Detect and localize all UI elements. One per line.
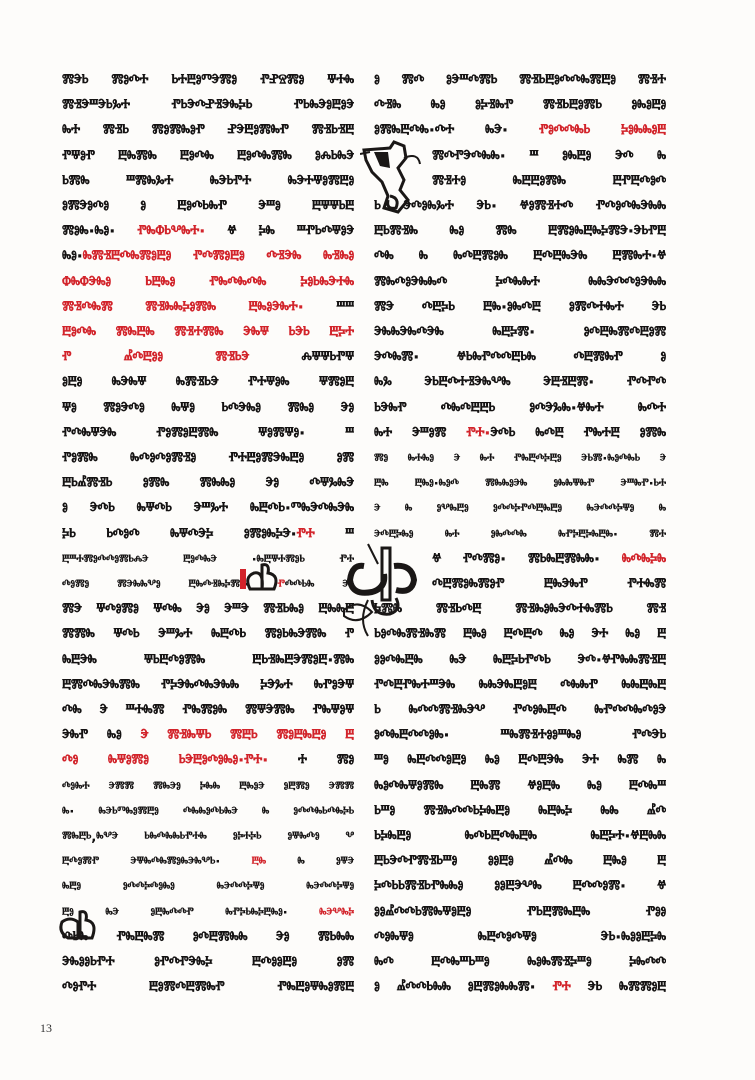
body-text: ⰱⰸ ⰱⰸⱁ·ⰸⱁⰴ ⰿⰸⰸⱁⰵⰸ ⱁⰸⰸⱋⰸⱂ ⰵⱎⰸⱂ·ⱃⰰ bbox=[374, 476, 666, 492]
text-line: ⰱⰿⰴⰸⰵⰸⰿⰸ ⱂⰽⰵⰸⰴⰸⰵⰸⰸ ⰽⰵⰳⰰ ⰸⱂⱁⰵⱋ bbox=[62, 675, 354, 697]
body-text: ⱃ ⰸⰴⰴⰿⱐⰸⰵⰲ ⱂⰴⱁⰸⰱⰴ ⰸⱂⰴⰴⰸⰴⱁⰵ bbox=[374, 701, 666, 721]
text-line: ⰿⰸⰴⱁⰵⰸⰸⰴ ⰽⰴⰸⰸⰰ ⰸⰸⰵⰴⰴⱁⰵⰸⰸ bbox=[374, 272, 666, 294]
body-text: ⰽⰴⱃⱃⰿⱐⱃⱂⰸⰸⱁ ⱁⱁⰱⰵⰲⰸ ⰱⰴⰴⱁⰿ· ⱍ bbox=[374, 877, 666, 897]
body-text: ⰴⰸ ⰵ ⱎⰰⰸⰿ ⱂⰸⰿⱁⰸ ⰿⱋⰵⰿⰸ ⱂⰸⱋⱁⱋ bbox=[62, 701, 354, 721]
body-text: ⰿⱁ ⰸⰰⰸⱁ ⰵ ⰸⰰ ⱂⰸⰱⰴⰽⰱⱁ ⰵⱃⰿ·ⰸⱁⰴⰸⱃ ⰵ bbox=[374, 451, 666, 467]
body-text: ⱃⱎⱁ ⰿⱐⰸⰴⰴⱃⰽⰸⰱⱁ ⰸⰱⰸⰽ ⰸⰸ ⰼⰴ bbox=[374, 802, 666, 822]
text-line: ⰸⱁ·ⰸⰿⱐⰱⰴⰸⰿⱁⰱⱁ ⱂⰴⰿⱁⰱⱁ ⰴⱐⰵⰸ ⰸⱐⰸⱁ bbox=[62, 246, 354, 268]
text-line: ⱎⱁ ⰸⰱⰴⰴⱁⰱⱁ ⰸⱁ ⰱⰴⰱⰵⰸ ⰵⰰ ⰸⰿ ⰸ bbox=[374, 750, 666, 772]
body-text: ⰴⱁⰸⰰ ⰵⰿⰿ ⰿⰸⰵⱁ ⰽⰸⰸ ⰱⰸⱁⰵ ⱁⰱⰿⱁ ⰵⰿⰿ bbox=[62, 779, 354, 795]
body-text: ⰾⱋⱋⱃⱂⱋ bbox=[249, 348, 354, 368]
text-line: ⱂⱁⰿⰸ ⰸⰴⱁⰴⱁⰿⱐⱁ ⱂⰰⰱⱁⰿⰵⰸⰱⱁ ⱁⰿ bbox=[62, 448, 354, 470]
body-text: ⰵⰸⱂ ⰸⱁ bbox=[62, 726, 140, 746]
text-line: ⰱⱎⰰⰿⱁⰴⰴⱁⰿⱃⰾⰵ ⰱⱁⰴⰸⰵ ·ⰸⰱⱋⰰⰿⱁⱃ ⱂⰰ bbox=[62, 549, 354, 571]
text-line: ⱂⰴⰱⱂⰸⰰⱎⰵⰸ ⰸⰸⰵⰸⰱⱁⰱ ⰴⰸⰸⱂ ⰸⰸⰱⰸⰱ bbox=[374, 675, 666, 697]
rubric-text: ⰵ ⰿⱐⰸⱋⱃ ⰿⰱⱃ ⰿⱁⰱⰸⰱⱁ ⰱ bbox=[140, 726, 354, 746]
body-text: ⰸ· ⰸⰵⱃⱅⰸⱁⰿⰱⱁ ⰴⰸⰸⱁⰴⱃⰸⰵ ⰸ ⱁⰴⰴⰸⱃⰴⰸⰽⱃ bbox=[62, 804, 354, 820]
body-text: ⰸⰱⰵⰸ ⱋⱃⰱⰴⱁⰿⰸ ⰱⱃⱐⰸⰱⰵⰿⱁⰱ·ⰿⰸ bbox=[62, 651, 354, 671]
text-line: ⱂⱋⱁⱂ ⰱⰸⰿⰸ ⰱⱁⰴⰸ ⰱⱁⰴⰸⰿⰸ ⱁⰾⱃⰸⰵ bbox=[62, 146, 354, 168]
text-line: ⰽⰴⱃⱃⰿⱐⱃⱂⰸⰸⱁ ⱁⱁⰱⰵⰲⰸ ⰱⰴⰴⱁⰿ· ⱍ bbox=[374, 876, 666, 898]
text-line: ⰴⱁⰸⰰ ⰵⰿⰿ ⰿⰸⰵⱁ ⰽⰸⰸ ⰱⰸⱁⰵ ⱁⰱⰿⱁ ⰵⰿⰿ bbox=[62, 776, 354, 798]
text-line: ⰸⱁⰴⰸⱋⱁⰿⰸ ⰱⰸⰿ ⱍⱁⰱⰸ ⰸⱁ ⰱⰴⰸⱎ bbox=[374, 776, 666, 798]
body-text: ⰸ ⱁⱋⰵ bbox=[297, 854, 354, 870]
text-line: ⱁⰱⱁ ⰸⰵⰸⱋ ⰸⰿⱐⱃⰵ ⱂⰰⱋⱁⰸ ⱋⰿⱁⰱ bbox=[62, 372, 354, 394]
text-line: ⱃⱎⱁ ⰿⱐⰸⰴⰴⱃⰽⰸⰱⱁ ⰸⰱⰸⰽ ⰸⰸ ⰼⰴ bbox=[374, 801, 666, 823]
text-line: ⱁ ⰵⰴⱃ ⰸⱋⰴⱃ ⰵⱎⰳⰰ ⰸⰱⰴⱃ·ⱅⰸⰵⰴⰸⰵⰸ bbox=[62, 498, 354, 520]
text-line: ⰱⱃⰿⱐⰸ ⰸⱁ ⰿⰸ ⰱⰿⱁⰸⰱⰸⰽⰿⰵ·ⰵⱃⱂⰱ bbox=[374, 221, 666, 243]
text-line: ⱃⰵⰸⱂ ⰴⰸⰴⰱⰱⱃ ⱁⰴⰵⰳⰸ·ⱍⰸⰰ ⰸⰴⰰ bbox=[374, 398, 666, 420]
text-line: ⰴⰱⰿⱁⰸⰿⱁⱂ ⰱⰸⰵⰸⱂ ⱂⰰⰸⰿ bbox=[432, 574, 666, 596]
body-text: ⰸⱁⰴⰸⱋⱁⰿⰸ ⰱⰸⰿ ⱍⱁⰱⰸ ⰸⱁ ⰱⰴⰸⱎ bbox=[374, 777, 666, 797]
body-text: ⰱⱃⰵⰴⱂⰿⱐⱃⱎⱁ ⱁⱁⰱⱁ ⰼⰴⰸ ⰱⰸⱁ ⰱ bbox=[374, 852, 666, 872]
body-text: ⰵⱃ ⰸⰿⰿⱁⰱ bbox=[588, 978, 666, 998]
text-line: ⱂ ⰼⰴⰱⱁⱁ ⰿⱐⱃⰵ ⰾⱋⱋⱃⱂⱋ bbox=[62, 347, 354, 369]
body-text: ⱍ ⱂⰴⰿⱁ· ⰿⱃⰸⰱⰿⰸⰸ· bbox=[432, 550, 600, 570]
body-text: ⱂⱋⱁⱂ ⰱⰸⰿⰸ ⰱⱁⰴⰸ ⰱⱁⰴⰸⰿⰸ ⱁⰾⱃⰸⰵ bbox=[62, 147, 354, 167]
text-line: ⰿⱐⰵⱎⰵⱃⰳⰰ ⱂⱃⰵⰴⱀⱐⰵⰸⰽⱃ ⱂⱃⰸⰵⱁⰱⱁⰵ bbox=[62, 95, 354, 117]
text-line: ⰴⰸ ⰸ ⰸⰴⰱⰿⱁⰸ ⰱⰴⰱⰸⰵⰸ ⰱⰿⰸⰰ·ⱍ bbox=[374, 246, 666, 268]
body-text: ⰿⰵ ⰴⰱⰽⱃ ⰱⰸ·ⱁⰸⰴⰱ ⱁⰿⰴⰰⰸⰰ ⰵⱃ bbox=[374, 298, 666, 318]
text-line: ⰴⰸ ⰵ ⱎⰰⰸⰿ ⱂⰸⰿⱁⰸ ⰿⱋⰵⰿⰸ ⱂⰸⱋⱁⱋ bbox=[62, 700, 354, 722]
body-text: ⰸⰱⱁ ⱁⰴⰴⰽⰴⱁⰸⱁ ⰸⰵⰴⰴⰽⱋⱁ ⰸⰵⰴⰴⰽⱋⱁ bbox=[62, 879, 354, 895]
rubric-text: ⱂⰸⱇⱃⰲⰸⰰ· bbox=[137, 222, 205, 242]
body-text: ⰵⰸⱁⱁⱃⱂⰰ ⱁⱂⰴⱂⰵⰸⰽ ⰱⰴⱁⱁⰱⱁ ⱁⰿ bbox=[62, 953, 354, 973]
rubric-text: ⱂⰰ bbox=[296, 525, 314, 545]
text-line: ⰴⱁⰸⱋⱁ ⰸⰱⰴⱁⰴⱋⱁ ⰵⱃ·ⰸⱁⱁⰱⰽⰸ bbox=[374, 927, 666, 949]
body-text: ⱎⱎ bbox=[304, 298, 354, 318]
body-text: ⰴⱐⰸ ⰸⱁ ⱁⰽⱐⰸⱂ ⰿⱐⱃⰱⱁⰿⱃ ⱁⰸⱁⰱⱁ bbox=[374, 96, 666, 116]
text-line: ⰱⱃⰼⰿⱐⱃ ⱁⰿⰸ ⰿⰸⰸⱁ ⰵⱁ ⰴⱋⰳⰸⰵ bbox=[62, 473, 354, 495]
body-text: ⱃⰵⰸⱂ ⰴⰸⰴⰱⰱⱃ ⱁⰴⰵⰳⰸ·ⱍⰸⰰ ⰸⰴⰰ bbox=[374, 399, 666, 419]
body-text: ⰸⰴ ⰱⰴⰸⱎⱃⱎⱁ ⰸⱁⰸⰿⱐⰽⱎⱁ ⰽⰸⰴⰴ bbox=[374, 953, 666, 973]
body-text: ⰿⰸⰴⱁⰵⰸⰸⰴ ⰽⰴⰸⰸⰰ ⰸⰸⰵⰴⰴⱁⰵⰸⰸ bbox=[374, 273, 666, 293]
body-text: ⰵⰴⱃ ⰸⰴⰱ ⱂⰸⰰⰱ ⱁⰿⰸ bbox=[490, 424, 666, 444]
text-line: ⰱⰸ ⰱⰸⱁ·ⰸⱁⰴ ⰿⰸⰸⱁⰵⰸ ⱁⰸⰸⱋⰸⱂ ⰵⱎⰸⱂ·ⱃⰰ bbox=[374, 473, 666, 495]
text-line: ⰴⱁⰿⱁ ⰿⰵⰸⰸⰲⱁ ⰱⰸⰴⱐⰸⰽⰿⱁ· ⱂⰴⰴⱃⰸ ⰵⱃ bbox=[62, 574, 354, 596]
text-line: ⰵⰸⱂ ⰸⱁ ⰵ ⰿⱐⰸⱋⱃ ⰿⰱⱃ ⰿⱁⰱⰸⰱⱁ ⰱ bbox=[62, 725, 354, 747]
text-line: ⱋⱁ ⰿⱁⰵⰴⱁ ⰸⱋⱁ ⱃⰴⰵⰸⱁ ⰿⰸⱁ ⰵⱁ bbox=[62, 398, 354, 420]
rubric-text: ⰸⰿⱐⰱⰴⰸⰿⱁⰱⱁ ⱂⰴⰿⱁⰱⱁ ⰴⱐⰵⰸ ⰸⱐⰸⱁ bbox=[83, 247, 354, 267]
text-line: ⰿⰵ ⰴⰱⰽⱃ ⰱⰸ·ⱁⰸⰴⰱ ⱁⰿⰴⰰⰸⰰ ⰵⱃ bbox=[374, 297, 666, 319]
body-text: ⰸⱁ· bbox=[62, 247, 83, 267]
body-text: ⰿⱁⰸ·ⰸⱁ· bbox=[62, 222, 137, 242]
text-line: ⱃ ⰸⰴⰴⰿⱐⰸⰵⰲ ⱂⰴⱁⰸⰱⰴ ⰸⱂⰴⰴⰸⰴⱁⰵ bbox=[374, 700, 666, 722]
text-line: ⰸⰰ ⰵⱎⱁⰿ ⱂⰰ·ⰵⰴⱃ ⰸⰴⰱ ⱂⰸⰰⰱ ⱁⰿⰸ bbox=[374, 423, 666, 445]
body-text: ⰿⰵⱃ ⰿⱁⰴⰰ ⱃⰰⰱⱁⱅⰵⰿⱁ ⱂⱀⱄⰿⱁ ⱋⰰⰸ bbox=[62, 71, 354, 91]
body-text: ⱃⰽⰸⰱⱁ ⰸⰴⱃⰱⰴⰸⰱⰸ ⰸⰱⰽⰰ·ⱍⰱⰸⰸ bbox=[374, 827, 666, 847]
text-line: ⰿⱐⰴⰸⰿ ⰿⱐⰸⰸⰽⱁⰿⰸ ⰱⰸⱁⰵⰸⰰ· ⱎⱎ bbox=[62, 297, 354, 319]
text-line: ⱍ ⱂⰴⰿⱁ· ⰿⱃⰸⰱⰿⰸⰸ· ⰸⰴⰸⰽⰸ bbox=[432, 549, 666, 571]
rubric-text: ⱇⰸⱇⰵⰸⱁ ⱃⰱⰸⱁ ⱂⰸⰴⰸⰴⰸ ⰽⱁⱃⰸⰵⰰⰸ bbox=[62, 273, 354, 293]
text-line: ⰴⱁ ⰸⱋⱁⰿⱁ ⱃⰵⰱⱁⰴⱁⰸⱁ·ⱂⰰ· ⰰ ⰿⱁ bbox=[62, 750, 354, 772]
text-line: ⰴⱁⱂⰰ ⰱⱁⰿⰴⰱⰿⰸⱂ ⱂⰸⰱⱁⱋⰸⱁⰿⰱ bbox=[62, 977, 354, 999]
text-line: ⰸ· ⰸⰵⱃⱅⰸⱁⰿⰱⱁ ⰴⰸⰸⱁⰴⱃⰸⰵ ⰸ ⱁⰴⰴⰸⱃⰴⰸⰽⱃ bbox=[62, 801, 354, 823]
body-text: ⰱⰴⱁⰿⱂ ⰵⱋⰸⰴⰸⰿⱁⰸⰵⰸⰲⱃ· bbox=[62, 854, 220, 870]
text-line: ⰸⰳ ⰵⱃⰱⰴⰰⱐⰵⰸⰲⰸ ⰵⰱⱐⰱⰿ· ⱂⰴⱂⰴ bbox=[374, 372, 666, 394]
body-text: ⱁⰱⱁ ⰸⰵⰸⱋ ⰸⰿⱐⱃⰵ ⱂⰰⱋⱁⰸ ⱋⰿⱁⰱ bbox=[62, 373, 354, 393]
body-text: ⰴⱁⰸⱋⱁ ⰸⰱⰴⱁⰴⱋⱁ ⰵⱃ·ⰸⱁⱁⰱⰽⰸ bbox=[374, 928, 666, 948]
text-line: ⰿⱐⰰⱁ ⰸⰱⰱⱁⰿⰸ ⰱⱂⰱⰴⱁⰴ bbox=[432, 171, 666, 193]
body-text: ⱂⰴⰱⱂⰸⰰⱎⰵⰸ ⰸⰸⰵⰸⰱⱁⰱ ⰴⰸⰸⱂ ⰸⰸⰱⰸⰱ bbox=[374, 676, 666, 696]
rubric-text: ⰱⰸ bbox=[220, 854, 297, 870]
body-text: ⰿⱐⰰⱁ ⰸⰱⰱⱁⰿⰸ ⰱⱂⰱⰴⱁⰴ bbox=[432, 172, 666, 192]
decorated-initial-top-right-icon bbox=[360, 138, 432, 216]
body-text: ⰵⰴⰸⰿ· ⱍⱃⰸⱂⰴⰴⰱⱃⰸ ⰴⰱⰿⰸⱂ ⱁ bbox=[374, 348, 666, 368]
text-line: ⰿⰵ ⱋⰴⱁⰿⱁ ⱋⰴⰸ ⰵⱁ ⰵⱎⰵ ⰿⱐⱃⰸⱁ ⰱⰸⰸⰱ bbox=[62, 599, 354, 621]
rubric-text: ⱂⱁⰴⰴⰸⱃ ⰽⱁⰸⰸⱁⰱ bbox=[508, 121, 666, 141]
body-text: ⱁⱁⰼⰴⰴⱃⰿⰸⱋⱁⰱⱁ ⱂⱃⰱⰿⰸⰱⰸ ⱂⱁⱁ bbox=[374, 903, 666, 923]
body-text: ⰽⱃ ⱃⰴⱁⰴ ⰸⱋⰴⰵⰽ ⱁⰿⱁⰸⰽⰵ· bbox=[62, 525, 296, 545]
rubric-text: ⰸⰴⰸⰽⰸ bbox=[600, 550, 666, 570]
decorated-initial-mid-right-icon bbox=[338, 540, 428, 640]
body-text: ⰵ ⰸ ⱁⰲⰸⰱⱁ ⱁⰴⰴⰽⱂⰴⰱⰸⰱⱁ ⰸⰵⰴⰴⰽⱋⱁ ⰸ bbox=[374, 501, 666, 517]
body-text: ⰿⰵ ⱋⰴⱁⰿⱁ ⱋⰴⰸ ⰵⱁ ⰵⱎⰵ ⰿⱐⱃⰸⱁ ⰱⰸⰸⰱ bbox=[62, 600, 354, 620]
text-line: ⱁⱁⰼⰴⰴⱃⰿⰸⱋⱁⰱⱁ ⱂⱃⰱⰿⰸⰱⰸ ⱂⱁⱁ bbox=[374, 902, 666, 924]
text-line: ⱁ ⰼⰴⰴⱃⰸⰸ ⱁⰱⰿⱁⰸⰸⰿ· ⱂⰰ ⰵⱃ ⰸⰿⰿⱁⰱ bbox=[374, 977, 666, 999]
text-line: ⰸⰴ ⰱⰴⰸⱎⱃⱎⱁ ⰸⱁⰸⰿⱐⰽⱎⱁ ⰽⰸⰴⰴ bbox=[374, 952, 666, 974]
body-text: ⰴⱃⰸ ⱂⰸⰱⰸⰿ ⱁⰴⰱⰿⰸⰸ ⰵⱁ ⰿⱃⰸⰸ bbox=[62, 928, 354, 948]
body-text: ⰱⰿⰴⰸⰵⰸⰿⰸ ⱂⰽⰵⰸⰴⰸⰵⰸⰸ ⰽⰵⰳⰰ ⰸⱂⱁⰵⱋ bbox=[62, 676, 354, 696]
text-line: ⰽⱃ ⱃⰴⱁⰴ ⰸⱋⰴⰵⰽ ⱁⰿⱁⰸⰽⰵ·ⱂⰰ ⱎ bbox=[62, 524, 354, 546]
body-text: ⱁ ⰿⰴ ⱁⰵⱎⰴⰿⱃ ⰿⱐⱃⰱⱁⰴⰴⰸⰿⰱⱁ ⰿⱐⰰ bbox=[374, 71, 666, 91]
body-text: ⰵⰸⰸⰵⰸⰴⰵⰸ ⰸⰱⰽⰿ· ⱁⰴⰱⰸⰿⰴⰱⱁⰿ bbox=[374, 323, 666, 343]
rubric-text: ⰸⰵⰲⰸⰽ bbox=[288, 905, 354, 921]
text-line: ⰿⰵⱃ ⰿⱁⰴⰰ ⱃⰰⰱⱁⱅⰵⰿⱁ ⱂⱀⱄⰿⱁ ⱋⰰⰸ bbox=[62, 70, 354, 92]
text-line: ⱂⰴⰸⱋⰵⰸ ⱂⱁⰿⱁⰱⰿⰸ ⱋⱁⰿⱋⱁ· ⱎ bbox=[62, 423, 354, 445]
rubric-text: ⰱⱁⰴⰸ ⰿⰸⰱⰸ ⰿⱐⰰⰿⰸ ⰵⰸⱋ ⱃⰵⱃ ⰱⰽⰰ bbox=[62, 323, 354, 343]
text-line: ⱃⰿⰸ ⱎⰿⰸⰳⰰ ⰸⰵⱃⱂⰰ ⰸⰵⰰⱋⱁⰿⰱⱁ bbox=[62, 171, 354, 193]
text-line: ⱁⰴⰸⰱⰴⰴⱁⰸ· ⱎⰸⰿⱐⰰⱁⱁⱎⰸⱁ ⱂⰴⰵⱃ bbox=[374, 725, 666, 747]
body-text: ⱁⰿⰵⱁⰴⱁ ⱁ ⰱⱁⰴⱃⰸⱂ ⰵⱎⱁ ⰱⱋⱋⱃⰱ bbox=[62, 197, 354, 217]
body-text: ⰱⱃⰿⱐⰸ ⰸⱁ ⰿⰸ ⰱⰿⱁⰸⰱⰸⰽⰿⰵ·ⰵⱃⱂⰱ bbox=[374, 222, 666, 242]
text-line: ⰱⱃⰵⰴⱂⰿⱐⱃⱎⱁ ⱁⱁⰱⱁ ⰼⰴⰸ ⰱⰸⱁ ⰱ bbox=[374, 851, 666, 873]
body-text: ⱁ ⰵⰴⱃ ⰸⱋⰴⱃ ⰵⱎⰳⰰ ⰸⰱⰴⱃ·ⱅⰸⰵⰴⰸⰵⰸ bbox=[62, 499, 354, 519]
body-text: ⱂⱁⰿⰸ ⰸⰴⱁⰴⱁⰿⱐⱁ ⱂⰰⰱⱁⰿⰵⰸⰱⱁ ⱁⰿ bbox=[62, 449, 354, 469]
body-text: ⰴⱁⰿⱁ ⰿⰵⰸⰸⰲⱁ ⰱⰸⰴⱐⰸⰽⰿⱁ· bbox=[62, 577, 249, 593]
text-line: ⰸⰰ ⰿⱐⱃ ⰿⱁⰿⰸⱁⱂ ⱀⰵⰱⱁⰿⰸⱂ ⰿⱐⱃⱐⰱ bbox=[62, 120, 354, 142]
body-text: ⱂⰴⰸⱋⰵⰸ ⱂⱁⰿⱁⰱⰿⰸ ⱋⱁⰿⱋⱁ· ⱎ bbox=[62, 424, 354, 444]
text-line: ⰵⰸⰸⰵⰸⰴⰵⰸ ⰸⰱⰽⰿ· ⱁⰴⰱⰸⰿⰴⰱⱁⰿ bbox=[374, 322, 666, 344]
body-text: ⱁⰴⰸⰱⰴⰴⱁⰸ· ⱎⰸⰿⱐⰰⱁⱁⱎⰸⱁ ⱂⰴⰵⱃ bbox=[374, 726, 666, 746]
text-line: ⱁⱁⰴⰸⰱⰸ ⰸⰵ ⰸⰱⰽⱃⱂⰴⱃ ⰵⰴ·ⱍⱂⰸⰸⰿⱐⰱ bbox=[374, 650, 666, 672]
body-text: ⰱⱎⰰⰿⱁⰴⰴⱁⰿⱃⰾⰵ ⰱⱁⰴⰸⰵ ·ⰸⰱⱋⰰⰿⱁⱃ ⱂⰰ bbox=[62, 552, 354, 568]
text-line: ⰿⰴⱂⰵⰴⰸⰸ· ⱎ ⱁⰸⰱⱁ ⰵⰴ ⰸ bbox=[432, 146, 666, 168]
body-text: ⱋⱁ ⰿⱁⰵⰴⱁ ⰸⱋⱁ ⱃⰴⰵⰸⱁ ⰿⰸⱁ ⰵⱁ bbox=[62, 399, 354, 419]
body-text: ⱁ ⰼⰴⰴⱃⰸⰸ ⱁⰱⰿⱁⰸⰸⰿ· bbox=[374, 978, 535, 998]
text-line: ⱁ ⰿⰴ ⱁⰵⱎⰴⰿⱃ ⰿⱐⱃⰱⱁⰴⰴⰸⰿⰱⱁ ⰿⱐⰰ bbox=[374, 70, 666, 92]
body-text: ⰸⰰ ⰵⱎⱁⰿ bbox=[374, 424, 466, 444]
body-text: ⰴⰱⰿⱁⰸⰿⱁⱂ ⰱⰸⰵⰸⱂ ⱂⰰⰸⰿ bbox=[432, 575, 666, 595]
text-line: ⱇⰸⱇⰵⰸⱁ ⱃⰱⰸⱁ ⱂⰸⰴⰸⰴⰸ ⰽⱁⱃⰸⰵⰰⰸ bbox=[62, 272, 354, 294]
body-text: ⱃⰿⰸ ⱎⰿⰸⰳⰰ ⰸⰵⱃⱂⰰ ⰸⰵⰰⱋⱁⰿⰱⱁ bbox=[62, 172, 354, 192]
body-text: ⱎⱁ ⰸⰱⰴⰴⱁⰱⱁ ⰸⱁ ⰱⰴⰱⰵⰸ ⰵⰰ ⰸⰿ ⰸ bbox=[374, 751, 666, 771]
body-text: ⰿⰴⱂⰵⰴⰸⰸ· ⱎ ⱁⰸⰱⱁ ⰵⰴ ⰸ bbox=[432, 147, 666, 167]
body-text: ⰸⰰ ⰿⱐⱃ ⰿⱁⰿⰸⱁⱂ ⱀⰵⰱⱁⰿⰸⱂ ⰿⱐⱃⱐⰱ bbox=[62, 121, 354, 141]
body-text: ⰸⰳ ⰵⱃⰱⰴⰰⱐⰵⰸⰲⰸ ⰵⰱⱐⰱⰿ· ⱂⰴⱂⰴ bbox=[374, 373, 666, 393]
rubric-text: ⱂ ⰼⰴⰱⱁⱁ ⰿⱐⱃⰵ bbox=[62, 348, 249, 368]
body-text: ⰰ ⰿⱁ bbox=[268, 751, 354, 771]
body-text: ⱍ ⰽⰸ ⱎⱂⱃⰴⱋⱁⰵ bbox=[205, 222, 354, 242]
text-line: ⰴⱐⰸ ⰸⱁ ⱁⰽⱐⰸⱂ ⰿⱐⱃⰱⱁⰿⱃ ⱁⰸⱁⰱⱁ bbox=[374, 95, 666, 117]
initial-left-lower-icon bbox=[56, 910, 100, 940]
text-line: ⰿⰿⰸ ⱋⰴⱃ ⰵⱎⰳⰰ ⰸⰱⰴⱃ ⰿⱁⱃⰸⰵⰿⰸ ⱂ bbox=[62, 624, 354, 646]
rubric-text: ⱂⰰ· bbox=[466, 424, 490, 444]
text-line: ⰵⰸⱁⱁⱃⱂⰰ ⱁⱂⰴⱂⰵⰸⰽ ⰱⰴⱁⱁⰱⱁ ⱁⰿ bbox=[62, 952, 354, 974]
text-line: ⱃⰽⰸⰱⱁ ⰸⰴⱃⰱⰴⰸⰱⰸ ⰸⰱⰽⰰ·ⱍⰱⰸⰸ bbox=[374, 826, 666, 848]
text-line: ⰱⰴⱁⰿⱂ ⰵⱋⰸⰴⰸⰿⱁⰸⰵⰸⰲⱃ· ⰱⰸ ⰸ ⱁⱋⰵ bbox=[62, 851, 354, 873]
manuscript-page: ⰿⰵⱃ ⰿⱁⰴⰰ ⱃⰰⰱⱁⱅⰵⰿⱁ ⱂⱀⱄⰿⱁ ⱋⰰⰸⰿⱐⰵⱎⰵⱃⰳⰰ ⱂⱃⰵⰴ… bbox=[0, 0, 755, 1080]
text-line: ⰸⰱⰵⰸ ⱋⱃⰱⰴⱁⰿⰸ ⰱⱃⱐⰸⰱⰵⰿⱁⰱ·ⰿⰸ bbox=[62, 650, 354, 672]
body-text: ⰿⰸⰱⱃ,ⰸⰲⰵ ⱃⰸⰴⰸⰸⱃⱂⰰⰸ ⱁⰽⰰⰽⱃ ⱁⱋⰸⰴⱁ ⰲ bbox=[62, 829, 354, 845]
body-text: ⱁⱁⰴⰸⰱⰸ ⰸⰵ ⰸⰱⰽⱃⱂⰴⱃ ⰵⰴ·ⱍⱂⰸⰸⰿⱐⰱ bbox=[374, 651, 666, 671]
text-line: ⰿⱁ ⰸⰰⰸⱁ ⰵ ⰸⰰ ⱂⰸⰱⰴⰽⰱⱁ ⰵⱃⰿ·ⰸⱁⰴⰸⱃ ⰵ bbox=[374, 448, 666, 470]
text-line: ⰱⱁⰴⰸ ⰿⰸⰱⰸ ⰿⱐⰰⰿⰸ ⰵⰸⱋ ⱃⰵⱃ ⰱⰽⰰ bbox=[62, 322, 354, 344]
body-text: ⰴⱁⱂⰰ ⰱⱁⰿⰴⰱⰿⰸⱂ ⱂⰸⰱⱁⱋⰸⱁⰿⰱ bbox=[62, 978, 354, 998]
body-text: ⰿⰿⰸ ⱋⰴⱃ ⰵⱎⰳⰰ ⰸⰱⰴⱃ ⰿⱁⱃⰸⰵⰿⰸ ⱂ bbox=[62, 625, 354, 645]
body-text: ⰴⰸ ⰸ ⰸⰴⰱⰿⱁⰸ ⰱⰴⰱⰸⰵⰸ ⰱⰿⰸⰰ·ⱍ bbox=[374, 247, 666, 267]
text-line: ⰿⱁⰸ·ⰸⱁ· ⱂⰸⱇⱃⰲⰸⰰ· ⱍ ⰽⰸ ⱎⱂⱃⰴⱋⱁⰵ bbox=[62, 221, 354, 243]
rubric-text: ⰿⱐⰴⰸⰿ ⰿⱐⰸⰸⰽⱁⰿⰸ ⰱⰸⱁⰵⰸⰰ· bbox=[62, 298, 304, 318]
text-line: ⰵ ⰸ ⱁⰲⰸⰱⱁ ⱁⰴⰴⰽⱂⰴⰱⰸⰱⱁ ⰸⰵⰴⰴⰽⱋⱁ ⰸ bbox=[374, 498, 666, 520]
text-line: ⰸⰱⱁ ⱁⰴⰴⰽⰴⱁⰸⱁ ⰸⰵⰴⰴⰽⱋⱁ ⰸⰵⰴⰴⰽⱋⱁ bbox=[62, 876, 354, 898]
body-text: ⰱⱃⰼⰿⱐⱃ ⱁⰿⰸ ⰿⰸⰸⱁ ⰵⱁ ⰴⱋⰳⰸⰵ bbox=[62, 474, 354, 494]
body-text: ⰿⱐⰵⱎⰵⱃⰳⰰ ⱂⱃⰵⰴⱀⱐⰵⰸⰽⱃ ⱂⱃⰸⰵⱁⰱⱁⰵ bbox=[62, 96, 354, 116]
text-line: ⰴⱃⰸ ⱂⰸⰱⰸⰿ ⱁⰴⰱⰿⰸⰸ ⰵⱁ ⰿⱃⰸⰸ bbox=[62, 927, 354, 949]
text-line: ⰱⱁ ⰸⰵ ⱁⰱⰸⰴⰴⱂ ⰸⱂⰽⱃⰸⰽⰱⰸⱁ· ⰸⰵⰲⰸⰽ bbox=[62, 902, 354, 924]
text-line: ⱁⰿⰵⱁⰴⱁ ⱁ ⰱⱁⰴⱃⰸⱂ ⰵⱎⱁ ⰱⱋⱋⱃⰱ bbox=[62, 196, 354, 218]
rubric-text: ⱂⰰ bbox=[535, 978, 587, 998]
text-line: ⰿⰸⰱⱃ,ⰸⰲⰵ ⱃⰸⰴⰸⰸⱃⱂⰰⰸ ⱁⰽⰰⰽⱃ ⱁⱋⰸⰴⱁ ⰲ bbox=[62, 826, 354, 848]
initial-left-middle-icon bbox=[240, 563, 286, 593]
text-line: ⰵⰴⰸⰿ· ⱍⱃⰸⱂⰴⰴⰱⱃⰸ ⰴⰱⰿⰸⱂ ⱁ bbox=[374, 347, 666, 369]
rubric-text: ⰴⱁ ⰸⱋⱁⰿⱁ ⱃⰵⰱⱁⰴⱁⰸⱁ·ⱂⰰ· bbox=[62, 751, 268, 771]
page-number: 13 bbox=[40, 1021, 52, 1036]
